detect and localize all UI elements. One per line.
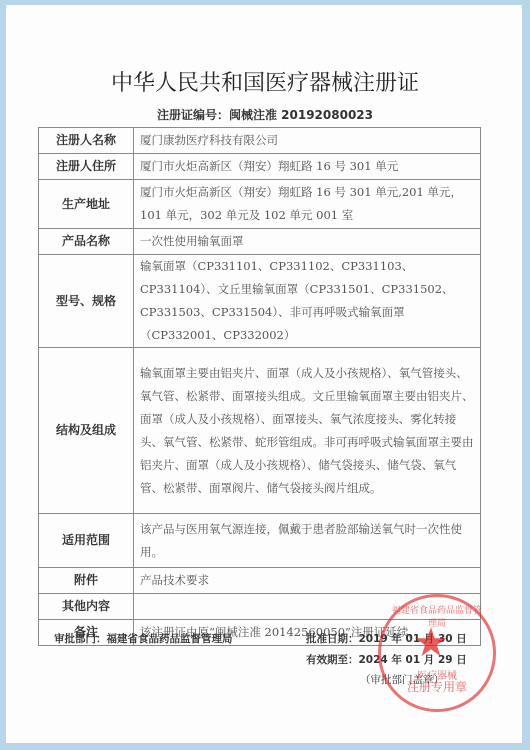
row-value: 厦门市火炬高新区（翔安）翔虹路 16 号 301 单元	[134, 154, 481, 180]
official-seal-stamp: 福建省食品药品监督管理局 ★ 医疗器械 注册专用章	[378, 594, 496, 712]
table-row: 注册人名称 厦门康勃医疗科技有限公司	[39, 128, 481, 154]
table-row: 注册人住所 厦门市火炬高新区（翔安）翔虹路 16 号 301 单元	[39, 154, 481, 180]
row-label: 注册人住所	[39, 154, 134, 180]
table-row: 结构及组成 输氧面罩主要由铝夹片、面罩（成人及小孩规格）、氧气管接头、氧气管、松…	[39, 348, 481, 514]
stamp-bottom-text: 注册专用章	[381, 678, 493, 695]
row-label: 结构及组成	[39, 348, 134, 514]
row-label: 型号、规格	[39, 255, 134, 348]
star-icon: ★	[413, 623, 449, 663]
table-row: 产品名称 一次性使用输氧面罩	[39, 229, 481, 255]
row-label: 生产地址	[39, 180, 134, 229]
approval-date-label: 批准日期：	[306, 633, 359, 645]
department-label: 审批部门：	[54, 633, 107, 645]
registration-number-label: 注册证编号：	[157, 108, 229, 122]
row-label: 附件	[39, 568, 134, 594]
row-value: 厦门康勃医疗科技有限公司	[134, 128, 481, 154]
row-label: 注册人名称	[39, 128, 134, 154]
row-value: 输氧面罩（CP331101、CP331102、CP331103、CP331104…	[134, 255, 481, 348]
department-name: 福建省食品药品监督管理局	[107, 633, 233, 645]
row-value: 该产品与医用氧气源连接，佩戴于患者脸部输送氧气时一次性使用。	[134, 514, 481, 568]
row-value: 产品技术要求	[134, 568, 481, 594]
registration-number: 注册证编号：闽械注准 20192080023	[0, 106, 530, 123]
table-row: 附件 产品技术要求	[39, 568, 481, 594]
registration-number-value: 闽械注准 20192080023	[229, 108, 373, 122]
row-label: 适用范围	[39, 514, 134, 568]
document-title: 中华人民共和国医疗器械注册证	[0, 66, 530, 97]
table-row: 生产地址 厦门市火炬高新区（翔安）翔虹路 16 号 301 单元,201 单元，…	[39, 180, 481, 229]
row-label: 产品名称	[39, 229, 134, 255]
certificate-table: 注册人名称 厦门康勃医疗科技有限公司 注册人住所 厦门市火炬高新区（翔安）翔虹路…	[38, 127, 481, 646]
row-value: 一次性使用输氧面罩	[134, 229, 481, 255]
table-row: 型号、规格 输氧面罩（CP331101、CP331102、CP331103、CP…	[39, 255, 481, 348]
row-value: 输氧面罩主要由铝夹片、面罩（成人及小孩规格）、氧气管接头、氧气管、松紧带、面罩接…	[134, 348, 481, 514]
valid-until-label: 有效期至：	[306, 654, 359, 666]
approval-department: 审批部门：福建省食品药品监督管理局	[54, 631, 233, 646]
row-value: 厦门市火炬高新区（翔安）翔虹路 16 号 301 单元,201 单元，101 单…	[134, 180, 481, 229]
row-label: 其他内容	[39, 594, 134, 620]
table-row: 适用范围 该产品与医用氧气源连接，佩戴于患者脸部输送氧气时一次性使用。	[39, 514, 481, 568]
